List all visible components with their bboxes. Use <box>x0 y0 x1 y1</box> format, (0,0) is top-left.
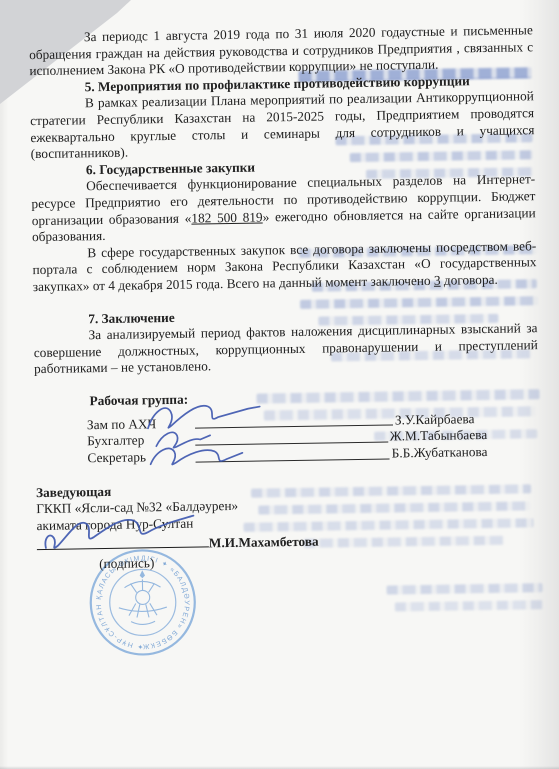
paragraph-section-6a: Обеспечивается функционирование специаль… <box>31 172 536 246</box>
signatory-name: Ж.М.Табынбаева <box>390 427 488 445</box>
director-name: М.И.Махамбетова <box>209 533 319 550</box>
signatory-role: Секретарь <box>87 449 195 467</box>
working-group-signature-rows: Зам по АХЧ З.У.Кайрбаева Бухгалтер Ж.М.Т… <box>87 410 488 467</box>
budget-amount-underlined: 182 500 819 <box>191 209 263 225</box>
emblem-shanyrak-circle <box>136 590 150 604</box>
stamp-emblem-kazakhstan <box>118 571 167 625</box>
page-content: За периодс 1 августа 2019 года по 31 июл… <box>0 0 559 769</box>
signatory-role: Зам по АХЧ <box>87 415 195 433</box>
paragraph-conclusion: За анализируемый период фактов наложения… <box>33 320 538 378</box>
signature-line <box>196 458 390 462</box>
signatory-name: Б.Б.Жубатканова <box>392 444 488 462</box>
paragraph-section-6b: В сфере государственных закупок все дого… <box>32 238 537 296</box>
bleed-through-artifact <box>395 600 543 611</box>
stamp-outer-circle <box>90 550 196 656</box>
official-round-stamp: ✦ НҰР-СҰЛТАН ҚАЛАСЫ ӘКІМДІГІ ✦ «БАЛДӘУРЕ… <box>86 545 200 661</box>
emblem-ribbon <box>131 621 155 624</box>
scanned-document: За периодс 1 августа 2019 года по 31 июл… <box>0 0 559 769</box>
stamp-inner-circle <box>109 569 176 636</box>
document-text-column: За периодс 1 августа 2019 года по 31 июл… <box>29 22 541 571</box>
para6b-text-after: договора. <box>440 272 497 288</box>
bleed-through-artifact <box>387 583 543 594</box>
paragraph-section-5: В рамках реализации Плана мероприятий по… <box>30 89 535 163</box>
signature-line <box>195 442 388 446</box>
emblem-star <box>140 571 144 577</box>
paragraph-period-report: За периодс 1 августа 2019 года по 31 июл… <box>29 22 534 80</box>
working-group-heading: Рабочая группа: <box>34 386 538 411</box>
signatory-role: Бухгалтер <box>87 432 195 450</box>
signatory-name: З.У.Кайрбаева <box>395 411 475 429</box>
emblem-wings <box>119 607 167 612</box>
